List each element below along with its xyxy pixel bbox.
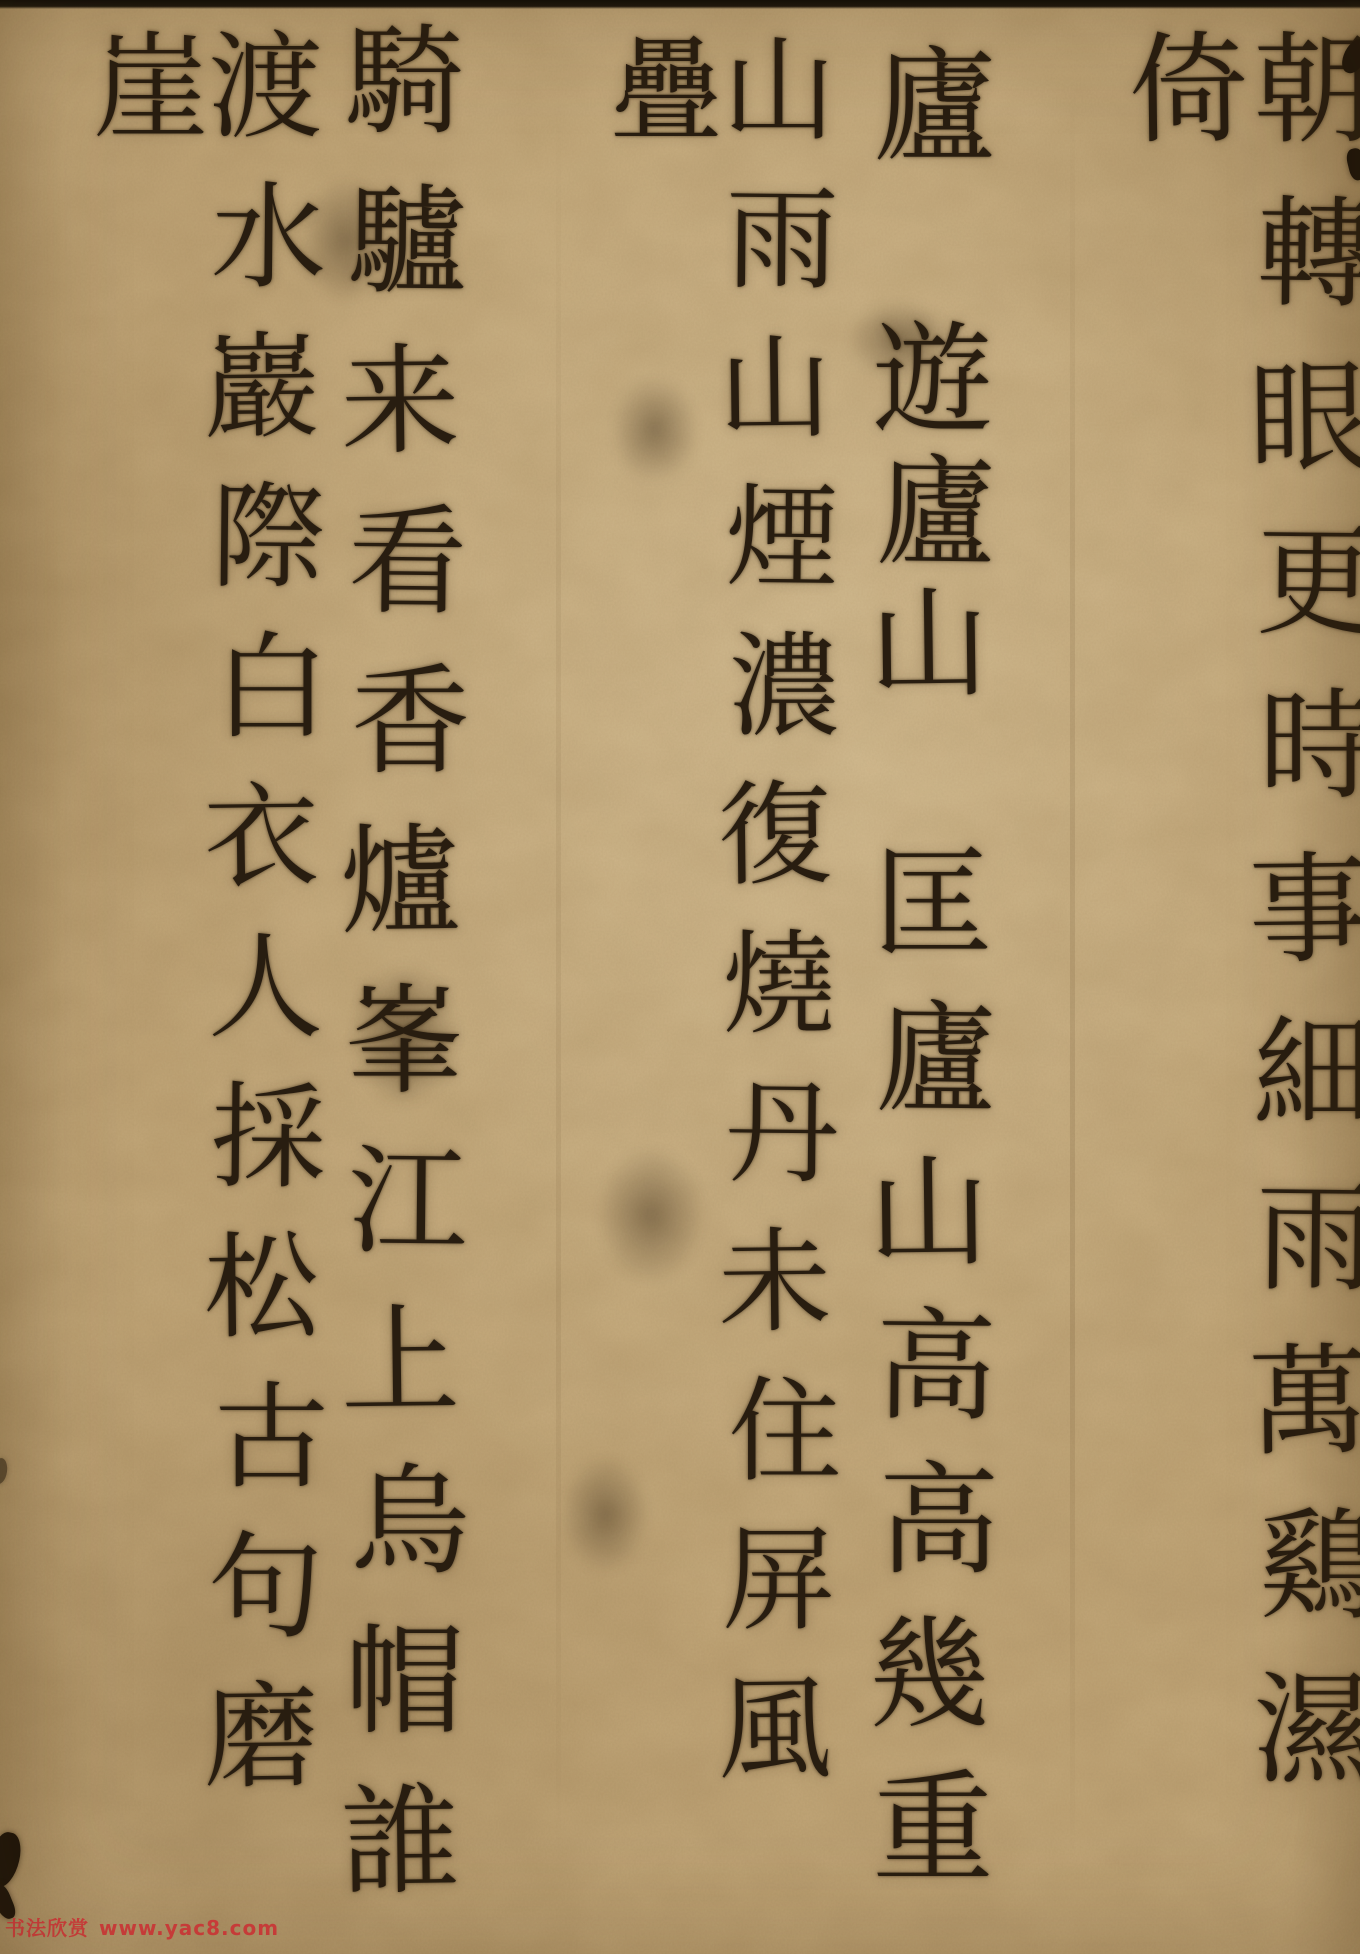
paper-crease — [556, 0, 561, 1954]
calligraphy-character: 烏 — [340, 1458, 459, 1618]
calligraphy-character: 鷄 — [1248, 1502, 1360, 1666]
ink-fragment-left-edge — [0, 1457, 9, 1485]
calligraphy-character: 松 — [192, 1225, 309, 1376]
calligraphy-character: 際 — [199, 475, 316, 626]
calligraphy-character: 磨 — [192, 1675, 309, 1826]
calligraphy-character: 廬 — [862, 40, 986, 164]
calligraphy-character: 句 — [197, 1526, 312, 1676]
calligraphy-character: 山 — [857, 579, 979, 712]
calligraphy-character: 水 — [199, 175, 316, 326]
calligraphy-character: 爐 — [329, 817, 450, 978]
calligraphy-character: 騎 — [334, 18, 453, 178]
calligraphy-character: 雨 — [715, 178, 830, 328]
calligraphy-character: 白 — [203, 626, 318, 776]
calligraphy-character: 萬 — [1237, 1337, 1359, 1502]
calligraphy-character: 風 — [708, 1668, 823, 1818]
calligraphy-character: 衣 — [192, 775, 309, 926]
calligraphy-character: 更 — [1244, 517, 1360, 682]
calligraphy-character: 廬 — [864, 447, 985, 580]
verse-segment: 匡廬山高高幾重 — [862, 840, 983, 1918]
calligraphy-character: 来 — [329, 337, 450, 498]
calligraphy-character: 山 — [857, 1147, 980, 1302]
calligraphy-character: 幾 — [857, 1609, 980, 1764]
calligraphy-character: 倚 — [1117, 25, 1239, 190]
calligraphy-character: 雨 — [1244, 1173, 1360, 1338]
verse-segment: 遊廬山 — [862, 316, 982, 712]
calligraphy-character: 疊 — [600, 30, 713, 179]
calligraphy-character: 轉 — [1244, 189, 1360, 354]
calligraphy-character: 山 — [713, 30, 826, 179]
calligraphy-character: 誰 — [329, 1777, 450, 1938]
calligraphy-character: 濃 — [719, 626, 832, 775]
verse-segment: 廬 — [862, 40, 986, 164]
calligraphy-character: 巖 — [192, 325, 309, 476]
calligraphy-character: 江 — [336, 1137, 457, 1298]
watermark-site-name: 书法欣赏 — [5, 1916, 89, 1940]
verse-segment: 渡水巖際白衣人採松古句磨崖 — [82, 26, 312, 1954]
ink-fragment-left-edge — [0, 1830, 25, 1891]
watermark: 书法欣赏www.yac8.com — [5, 1912, 279, 1941]
calligraphy-character: 未 — [708, 1221, 823, 1371]
calligraphy-character: 渡 — [197, 26, 312, 176]
calligraphy-character: 事 — [1237, 845, 1359, 1010]
watermark-site-url: www.yac8.com — [99, 1916, 279, 1940]
calligraphy-character: 高 — [868, 1456, 989, 1610]
verse-segment: 騎驢来看香爐峯江上烏帽誰 — [334, 18, 453, 1938]
calligraphy-character: 住 — [719, 1371, 832, 1520]
calligraphy-character: 匡 — [862, 840, 983, 994]
paper-crease — [1070, 0, 1075, 1954]
calligraphy-scan: { "document": { "kind": "calligraphy-man… — [0, 0, 1360, 1954]
calligraphy-character: 山 — [708, 327, 823, 477]
calligraphy-character: 細 — [1242, 1010, 1360, 1174]
calligraphy-character: 看 — [336, 497, 457, 658]
calligraphy-character: 人 — [197, 926, 312, 1076]
verse-segment: 朝轉眼更時事細雨萬鷄濕倚 — [1122, 26, 1360, 1954]
calligraphy-character: 崖 — [82, 26, 197, 176]
calligraphy-character: 燒 — [713, 924, 826, 1073]
calligraphy-character: 古 — [203, 1376, 318, 1526]
calligraphy-character: 煙 — [715, 476, 830, 626]
calligraphy-character: 復 — [708, 774, 823, 924]
calligraphy-character: 香 — [340, 658, 459, 818]
verse-segment: 山雨山煙濃復燒丹未住屏風疊 — [600, 30, 826, 1954]
calligraphy-character: 屏 — [713, 1520, 826, 1669]
calligraphy-character: 濕 — [1242, 1666, 1360, 1830]
calligraphy-character: 丹 — [715, 1072, 830, 1222]
calligraphy-character: 上 — [329, 1297, 450, 1458]
calligraphy-character: 重 — [862, 1764, 983, 1918]
calligraphy-character: 時 — [1248, 682, 1360, 846]
scan-top-edge — [0, 0, 1360, 9]
calligraphy-character: 採 — [199, 1075, 316, 1226]
calligraphy-character: 遊 — [862, 316, 982, 448]
calligraphy-character: 朝 — [1242, 26, 1360, 190]
calligraphy-sheet: 朝轉眼更時事細雨萬鷄濕倚 廬遊廬山匡廬山高高幾重 山雨山煙濃復燒丹未住屏風疊 騎… — [0, 0, 1360, 1954]
calligraphy-character: 帽 — [334, 1618, 453, 1778]
calligraphy-character: 高 — [864, 1301, 987, 1456]
calligraphy-character: 廬 — [864, 993, 987, 1148]
calligraphy-character: 驢 — [336, 177, 457, 338]
calligraphy-character: 眼 — [1237, 353, 1359, 518]
calligraphy-character: 峯 — [334, 978, 453, 1138]
